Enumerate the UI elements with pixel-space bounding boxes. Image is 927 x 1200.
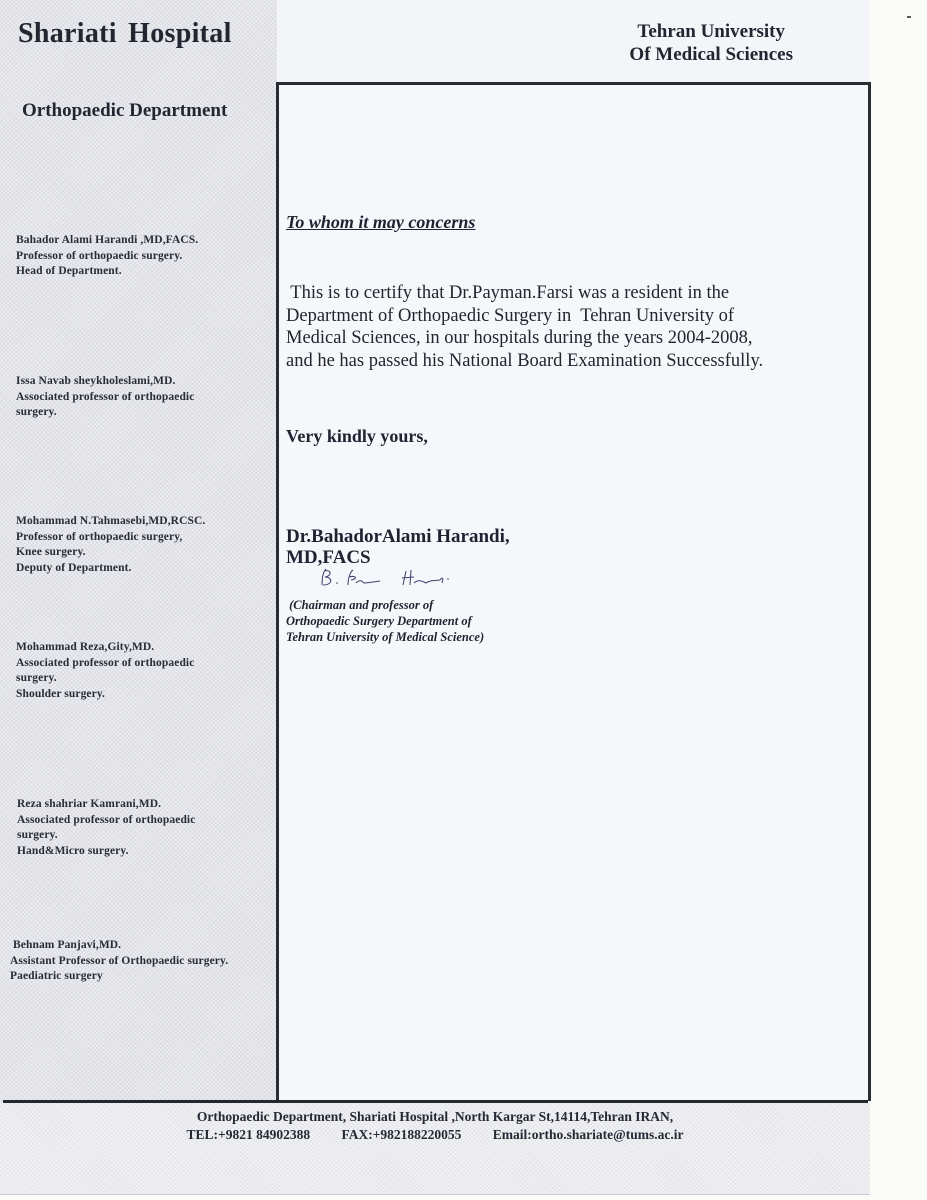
university-line-1: Tehran University xyxy=(629,20,793,43)
role-line: Orthopaedic Surgery Department of xyxy=(286,613,484,629)
footer-fax: FAX:+982188220055 xyxy=(341,1127,461,1142)
signature-icon xyxy=(318,565,468,591)
footer-contact-line: TEL:+9821 84902388 FAX:+982188220055 Ema… xyxy=(0,1126,870,1144)
signer-role: (Chairman and professor of Orthopaedic S… xyxy=(286,597,484,645)
staff-name: Mohammad Reza,Gity,MD. xyxy=(16,640,194,656)
signer-name-line: Dr.BahadorAlami Harandi, xyxy=(286,526,510,547)
staff-name: Behnam Panjavi,MD. xyxy=(10,938,228,954)
staff-entry: Mohammad Reza,Gity,MD. Associated profes… xyxy=(16,640,194,702)
letter-body: This is to certify that Dr.Payman.Farsi … xyxy=(286,282,861,372)
footer-contact: Orthopaedic Department, Shariati Hospita… xyxy=(0,1108,870,1144)
staff-specialty: Paediatric surgery xyxy=(10,969,228,985)
body-line: Medical Sciences, in our hospitals durin… xyxy=(286,327,861,350)
staff-title: Professor of orthopaedic surgery. xyxy=(16,249,198,265)
role-line: (Chairman and professor of xyxy=(286,597,484,613)
staff-specialty: Knee surgery. xyxy=(16,545,205,561)
staff-title: Associated professor of orthopaedic xyxy=(17,813,195,829)
bottom-rule xyxy=(3,1100,868,1103)
staff-title: Associated professor of orthopaedic xyxy=(16,656,194,672)
staff-entry: Bahador Alami Harandi ,MD,FACS. Professo… xyxy=(16,233,198,280)
staff-title: Professor of orthopaedic surgery, xyxy=(16,530,205,546)
letter-heading: To whom it may concerns xyxy=(286,212,475,233)
staff-entry: Mohammad N.Tahmasebi,MD,RCSC. Professor … xyxy=(16,514,205,576)
department-name: Orthopaedic Department xyxy=(22,100,227,122)
staff-entry: Issa Navab sheykholeslami,MD. Associated… xyxy=(16,374,194,421)
staff-role: Deputy of Department. xyxy=(16,561,205,577)
staff-title-cont: surgery. xyxy=(16,405,194,421)
footer-email: Email:ortho.shariate@tums.ac.ir xyxy=(493,1127,684,1142)
body-line: This is to certify that Dr.Payman.Farsi … xyxy=(286,282,861,305)
staff-title-cont: surgery. xyxy=(17,828,195,844)
scan-mark xyxy=(907,16,911,18)
hospital-name: Shariati Hospital xyxy=(18,18,232,50)
footer-phone: TEL:+9821 84902388 xyxy=(187,1127,311,1142)
role-line: Tehran University of Medical Science) xyxy=(286,629,484,645)
staff-specialty: Hand&Micro surgery. xyxy=(17,844,195,860)
staff-name: Reza shahriar Kamrani,MD. xyxy=(17,797,195,813)
university-line-2: Of Medical Sciences xyxy=(629,43,793,66)
staff-entry: Reza shahriar Kamrani,MD. Associated pro… xyxy=(17,797,195,859)
staff-name: Mohammad N.Tahmasebi,MD,RCSC. xyxy=(16,514,205,530)
body-line: and he has passed his National Board Exa… xyxy=(286,350,861,373)
staff-name: Issa Navab sheykholeslami,MD. xyxy=(16,374,194,390)
footer-address: Orthopaedic Department, Shariati Hospita… xyxy=(0,1108,870,1126)
staff-title: Associated professor of orthopaedic xyxy=(16,390,194,406)
staff-title-cont: surgery. xyxy=(16,671,194,687)
staff-title: Assistant Professor of Orthopaedic surge… xyxy=(10,954,228,970)
staff-entry: Behnam Panjavi,MD. Assistant Professor o… xyxy=(10,938,228,985)
letter-box xyxy=(276,82,871,1101)
staff-name: Bahador Alami Harandi ,MD,FACS. xyxy=(16,233,198,249)
signer-name: Dr.BahadorAlami Harandi, MD,FACS xyxy=(286,526,510,568)
staff-role: Head of Department. xyxy=(16,264,198,280)
university-name: Tehran University Of Medical Sciences xyxy=(629,20,793,66)
letterhead-page: Shariati Hospital Orthopaedic Department… xyxy=(0,0,870,1195)
staff-specialty: Shoulder surgery. xyxy=(16,687,194,703)
letter-closing: Very kindly yours, xyxy=(286,426,428,447)
body-line: Department of Orthopaedic Surgery in Teh… xyxy=(286,305,861,328)
